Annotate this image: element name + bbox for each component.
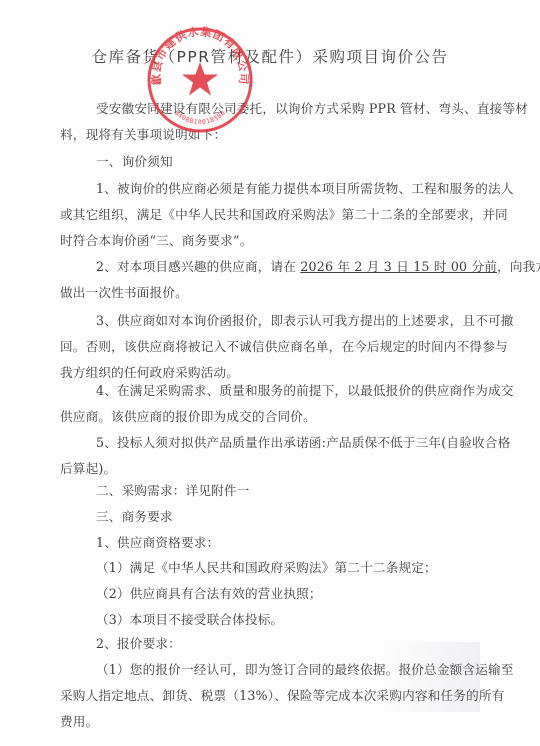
- clause-3-line-3: 我方组织的任何政府采购活动。: [60, 362, 484, 381]
- quote-item-1-line-3: 费用。: [60, 711, 484, 730]
- deadline-text: 2026 年 2 月 3 日 15 时 00 分前: [300, 259, 497, 274]
- section-heading-3: 三、商务要求: [96, 506, 520, 525]
- clause-2-line-2: 做出一次性书面报价。: [60, 282, 484, 301]
- quote-item-1-line-2: 采购人指定地点、卸货、税票（13%）、保险等完成本次采购内容和任务的所有: [60, 685, 484, 704]
- clause-2-prefix: 2、对本项目感兴趣的供应商，请在: [96, 259, 300, 274]
- clause-1-line-1: 1、被询价的供应商必须是有能力提供本项目所需货物、工程和服务的法人: [96, 178, 520, 197]
- clause-4-line-1: 4、在满足采购需求、质量和服务的前提下，以最低报价的供应商作为成交: [96, 380, 520, 399]
- clause-2-suffix: ，向我方: [497, 259, 540, 274]
- intro-line-2: 料，现将有关事项说明如下：: [60, 124, 484, 143]
- sub-heading-qualifications: 1、供应商资格要求：: [96, 532, 520, 551]
- page-title: 仓库备货（PPR管材及配件）采购项目询价公告: [0, 45, 540, 67]
- clause-1-line-3: 时符合本询价函“三、商务要求”。: [60, 230, 484, 249]
- quote-item-1-line-1: （1）您的报价一经认可，即为签订合同的最终依据。报价总金额含运输至: [96, 659, 520, 678]
- clause-4-line-2: 供应商。该供应商的报价即为成交的合同价。: [60, 406, 484, 425]
- qualification-item-2: （2）供应商具有合法有效的营业执照；: [96, 583, 520, 602]
- document-page: 仓库备货（PPR管材及配件）采购项目询价公告 受安徽安同建设有限公司委托，以询价…: [0, 0, 540, 746]
- company-seal-icon: 歙县市建供水集团有限公司 3408810018580: [146, 26, 254, 134]
- qualification-item-3: （3）本项目不接受联合体投标。: [96, 609, 520, 628]
- clause-3-line-2: 回。否则，该供应商将被记入不诚信供应商名单，在今后规定的时间内不得参与: [60, 336, 484, 355]
- section-heading-1: 一、询价须知: [96, 151, 520, 170]
- clause-1-line-2: 或其它组织，满足《中华人民共和国政府采购法》第二十二条的全部要求，并同: [60, 204, 484, 223]
- intro-line-1: 受安徽安同建设有限公司委托，以询价方式采购 PPR 管材、弯头、直接等材: [96, 98, 520, 117]
- qualification-item-1: （1）满足《中华人民共和国政府采购法》第二十二条规定；: [96, 557, 520, 576]
- clause-3-line-1: 3、供应商如对本询价函报价，即表示认可我方提出的上述要求，且不可撤: [96, 310, 520, 329]
- clause-5-line-1: 5、投标人须对拟供产品质量作出承诺函:产品质保不低于三年(自验收合格: [96, 432, 520, 451]
- clause-2-line-1: 2、对本项目感兴趣的供应商，请在 2026 年 2 月 3 日 15 时 00 …: [96, 256, 520, 275]
- clause-5-line-2: 后算起)。: [60, 458, 484, 477]
- section-heading-2: 二、采购需求：详见附件一: [96, 480, 520, 499]
